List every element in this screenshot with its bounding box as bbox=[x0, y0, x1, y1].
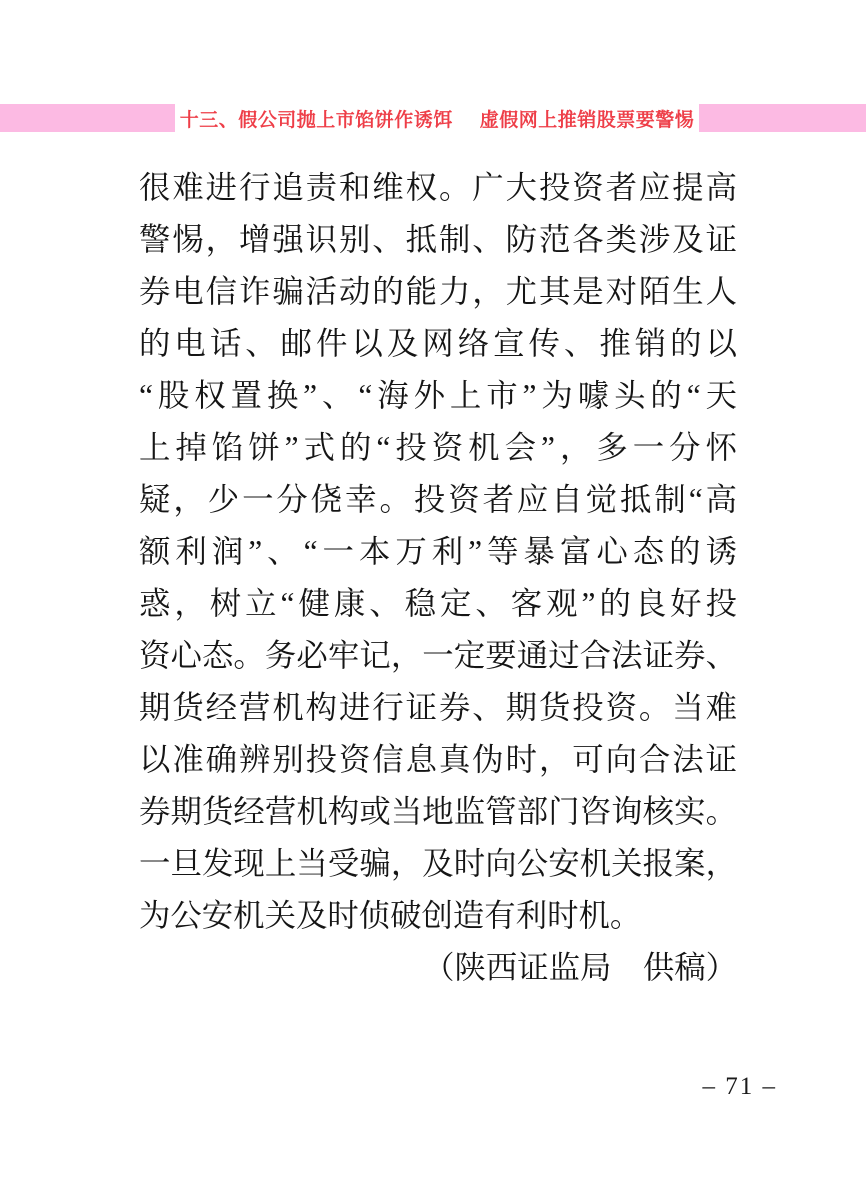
body-text-line: 上掉馅饼”式的“投资机会”，多一分怀 bbox=[139, 422, 737, 474]
body-text-line: 以准确辨别投资信息真伪时，可向合法证 bbox=[139, 734, 737, 786]
body-text-block: 很难进行追责和维权。广大投资者应提高 警惕，增强识别、抵制、防范各类涉及证 券电… bbox=[139, 162, 737, 994]
body-text-line: 惑，树立“健康、稳定、客观”的良好投 bbox=[139, 578, 737, 630]
body-text-line: 为公安机关及时侦破创造有利时机。 bbox=[139, 890, 737, 942]
body-text-line: 券电信诈骗活动的能力，尤其是对陌生人 bbox=[139, 266, 737, 318]
body-text-line: 期货经营机构进行证券、期货投资。当难 bbox=[139, 682, 737, 734]
chapter-title-part2: 虚假网上推销股票要警惕 bbox=[480, 105, 695, 132]
page-number: – 71 – bbox=[703, 1072, 778, 1102]
body-text-line: 的电话、邮件以及网络宣传、推销的以 bbox=[139, 318, 737, 370]
chapter-title-box: 十三、假公司抛上市馅饼作诱饵 虚假网上推销股票要警惕 bbox=[175, 100, 699, 136]
body-text-line: 券期货经营机构或当地监管部门咨询核实。 bbox=[139, 786, 737, 838]
body-text-line: 资心态。务必牢记，一定要通过合法证券、 bbox=[139, 630, 737, 682]
body-text-line: 警惕，增强识别、抵制、防范各类涉及证 bbox=[139, 214, 737, 266]
body-text-line: 一旦发现上当受骗，及时向公安机关报案， bbox=[139, 838, 737, 890]
body-text-line: 额利润”、“一本万利”等暴富心态的诱 bbox=[139, 526, 737, 578]
book-page: 十三、假公司抛上市馅饼作诱饵 虚假网上推销股票要警惕 很难进行追责和维权。广大投… bbox=[0, 0, 866, 1189]
chapter-header-bar: 十三、假公司抛上市馅饼作诱饵 虚假网上推销股票要警惕 bbox=[0, 104, 866, 132]
chapter-title-part1: 十三、假公司抛上市馅饼作诱饵 bbox=[180, 105, 453, 132]
body-text-line: 很难进行追责和维权。广大投资者应提高 bbox=[139, 162, 737, 214]
body-text-line: 疑，少一分侥幸。投资者应自觉抵制“高 bbox=[139, 474, 737, 526]
attribution-line: （陕西证监局 供稿） bbox=[139, 942, 737, 994]
body-text-line: “股权置换”、“海外上市”为噱头的“天 bbox=[139, 370, 737, 422]
